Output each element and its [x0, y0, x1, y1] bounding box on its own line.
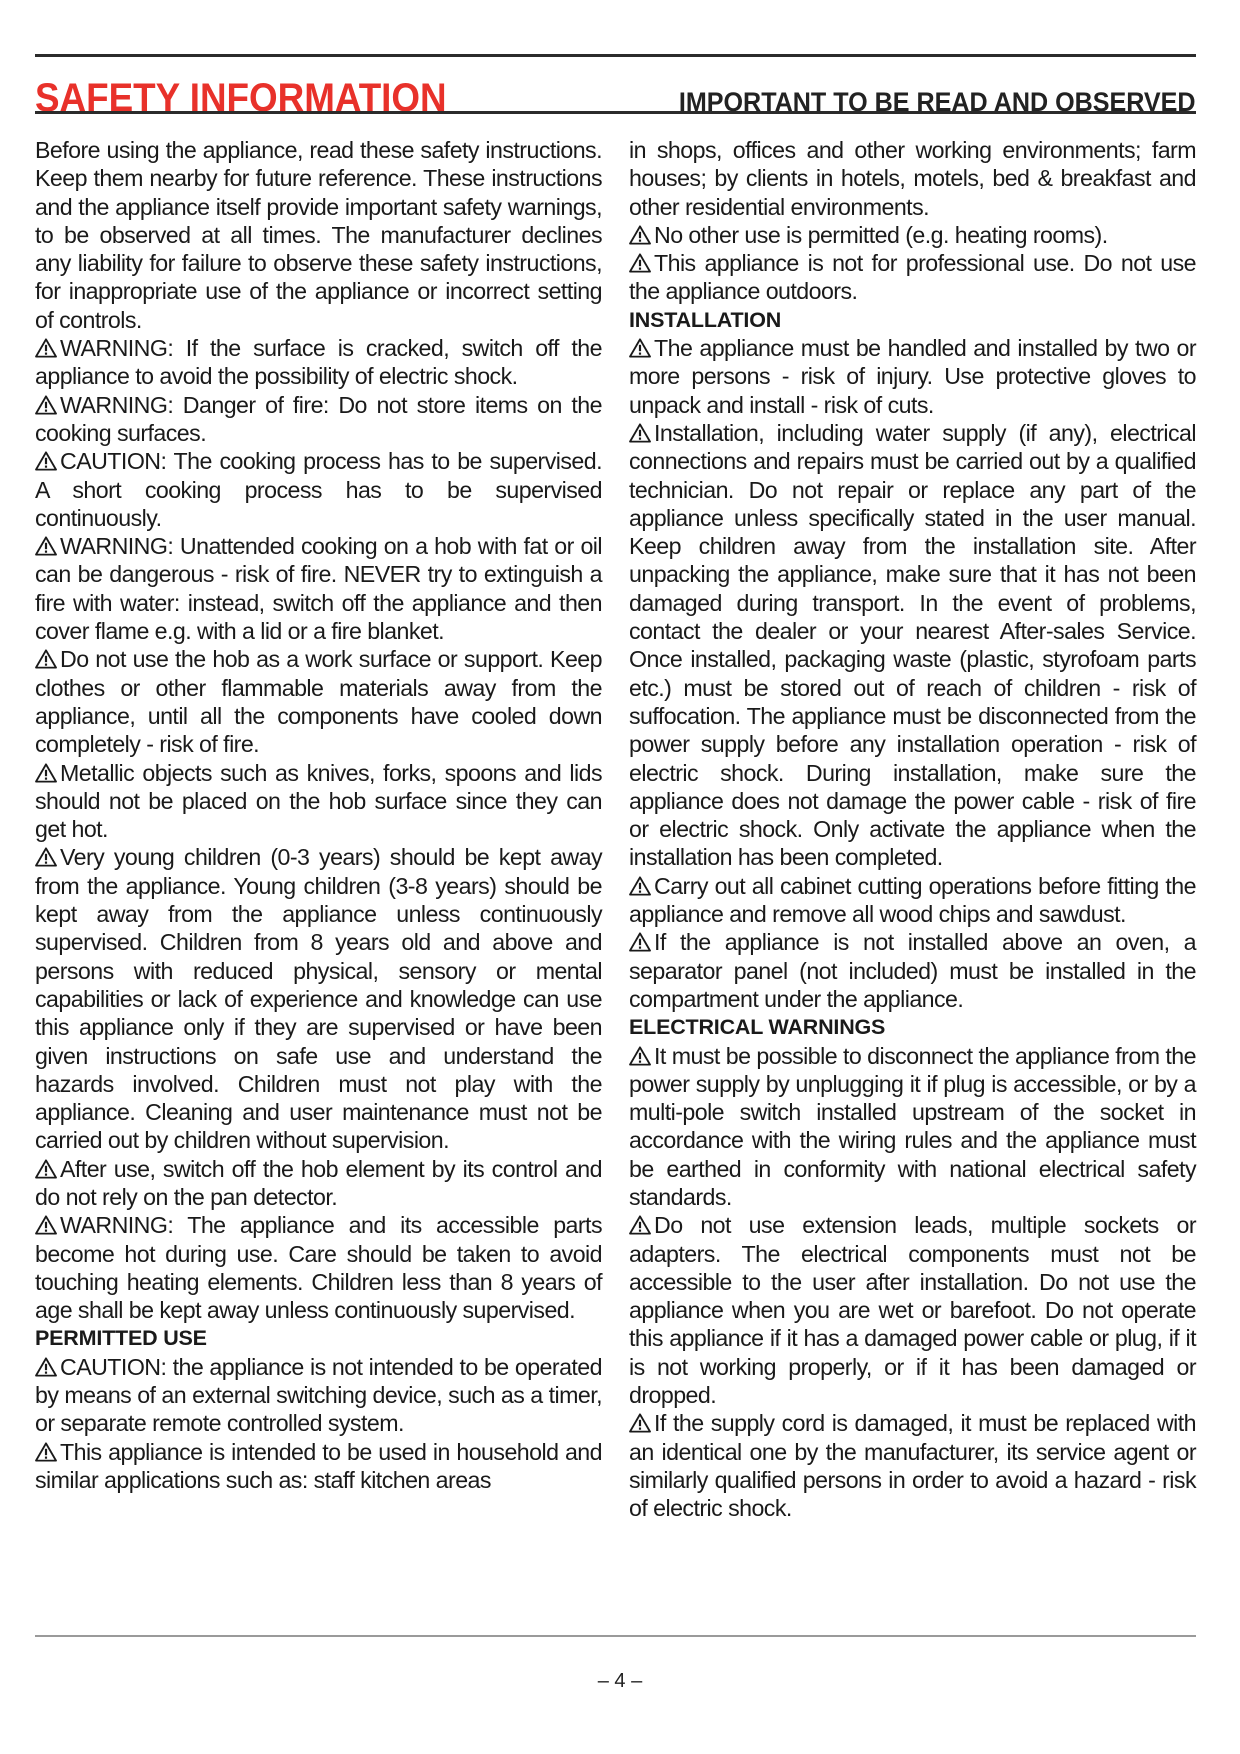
left-column: Before using the appliance, read these s… [35, 136, 602, 1494]
warning-triangle-icon [35, 649, 57, 669]
warning-item: WARNING: Danger of fire: Do not store it… [35, 391, 602, 448]
warning-triangle-icon [629, 1215, 651, 1235]
warning-triangle-icon [35, 1215, 57, 1235]
warning-triangle-icon [629, 876, 651, 896]
warning-item: This appliance is intended to be used in… [35, 1438, 602, 1495]
intro-paragraph: Before using the appliance, read these s… [35, 136, 602, 334]
header-rule [35, 111, 1196, 114]
warning-item: Metallic objects such as knives, forks, … [35, 759, 602, 844]
warning-triangle-icon [629, 225, 651, 245]
warning-triangle-icon [35, 1159, 57, 1179]
warning-item: No other use is permitted (e.g. heating … [629, 221, 1196, 249]
warning-triangle-icon [629, 423, 651, 443]
section-heading-installation: INSTALLATION [629, 306, 1196, 334]
warning-triangle-icon [629, 932, 651, 952]
warning-triangle-icon [35, 451, 57, 471]
warning-triangle-icon [35, 1442, 57, 1462]
section-heading-permitted-use: PERMITTED USE [35, 1324, 602, 1352]
section-heading-electrical-warnings: ELECTRICAL WARNINGS [629, 1013, 1196, 1041]
warning-triangle-icon [629, 1046, 651, 1066]
warning-item: It must be possible to disconnect the ap… [629, 1042, 1196, 1212]
warning-triangle-icon [35, 1357, 57, 1377]
page-number: – 4 – [0, 1670, 1240, 1693]
warning-item: This appliance is not for professional u… [629, 249, 1196, 306]
warning-item: If the appliance is not installed above … [629, 928, 1196, 1013]
warning-triangle-icon [629, 1413, 651, 1433]
top-rule [35, 54, 1196, 57]
warning-item: WARNING: If the surface is cracked, swit… [35, 334, 602, 391]
warning-triangle-icon [35, 847, 57, 867]
warning-item: CAUTION: The cooking process has to be s… [35, 447, 602, 532]
footer-rule [35, 1635, 1196, 1637]
continuation-paragraph: in shops, offices and other working envi… [629, 136, 1196, 221]
warning-item: Carry out all cabinet cutting operations… [629, 872, 1196, 929]
warning-item: If the supply cord is damaged, it must b… [629, 1409, 1196, 1522]
warning-item: Installation, including water supply (if… [629, 419, 1196, 872]
warning-item: WARNING: The appliance and its accessibl… [35, 1211, 602, 1324]
warning-item: WARNING: Unattended cooking on a hob wit… [35, 532, 602, 645]
right-column: in shops, offices and other working envi… [629, 136, 1196, 1523]
warning-item: Do not use the hob as a work surface or … [35, 645, 602, 758]
warning-triangle-icon [629, 253, 651, 273]
warning-triangle-icon [35, 338, 57, 358]
warning-item: Do not use extension leads, multiple soc… [629, 1211, 1196, 1409]
warning-item: After use, switch off the hob element by… [35, 1155, 602, 1212]
warning-triangle-icon [35, 763, 57, 783]
warning-item: CAUTION: the appliance is not intended t… [35, 1353, 602, 1438]
warning-triangle-icon [35, 395, 57, 415]
warning-item: The appliance must be handled and instal… [629, 334, 1196, 419]
warning-triangle-icon [35, 536, 57, 556]
warning-item: Very young children (0-3 years) should b… [35, 843, 602, 1154]
warning-triangle-icon [629, 338, 651, 358]
